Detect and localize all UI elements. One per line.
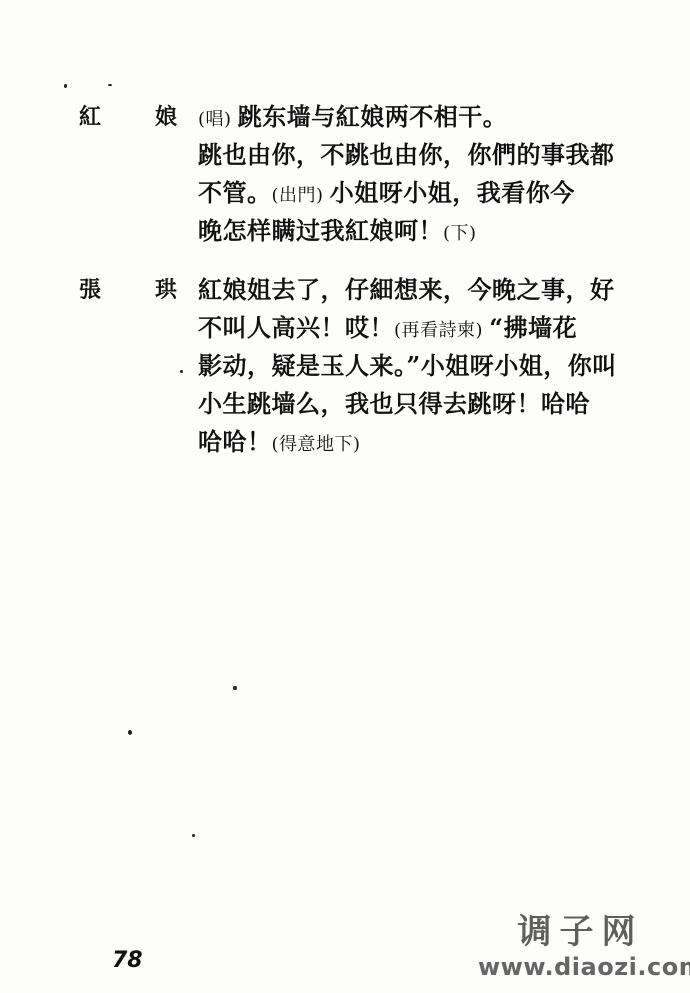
stage-direction: (下) — [443, 223, 477, 244]
dialogue-line: 哈哈！(得意地下) — [198, 423, 673, 461]
line-text: 小姐呀小姐，我看你今 — [330, 178, 575, 207]
watermark-title: 调子网 — [478, 912, 683, 952]
speaker-char: 珙 — [154, 271, 178, 309]
speaker-char: 紅 — [78, 98, 102, 136]
line-text: 哈哈！ — [198, 427, 272, 456]
scan-speck — [180, 370, 183, 373]
speaker-char: 娘 — [154, 98, 178, 136]
stage-direction: (唱) — [198, 109, 238, 130]
dialogue-line: 影动，疑是玉人来。”小姐呀小姐，你叫 — [198, 347, 673, 385]
line-text: 晚怎样瞒过我紅娘呵！ — [198, 216, 443, 245]
scan-speck — [64, 84, 67, 88]
speaker-name: 紅 娘 — [78, 98, 178, 136]
dialogue-line: 跳也由你，不跳也由你，你們的事我都 — [198, 136, 673, 174]
stage-direction: (再看詩柬) — [394, 320, 489, 341]
page-number: 78 — [112, 948, 143, 973]
line-text: 不叫人高兴！哎！ — [198, 313, 394, 342]
dialogue-line: 紅娘姐去了，仔細想来，今晚之事，好 — [198, 271, 673, 309]
dialogue-line: 不叫人高兴！哎！(再看詩柬) “拂墙花 — [198, 309, 673, 347]
scan-speck — [128, 730, 132, 735]
dialogue-line: 不管。(出門) 小姐呀小姐，我看你今 — [198, 174, 673, 212]
dialogue-line: 晚怎样瞒过我紅娘呵！(下) — [198, 212, 673, 250]
line-text: 不管。 — [198, 178, 272, 207]
stage-direction: (出門) — [272, 185, 330, 206]
line-text: 小生跳墙么，我也只得去跳呀！哈哈 — [198, 389, 590, 418]
scanned-page: 紅 娘 (唱) 跳东墙与紅娘两不相干。 跳也由你，不跳也由你，你們的事我都 不管… — [0, 0, 690, 993]
watermark-url: www.diaozi.com — [478, 952, 683, 982]
speaker-name: 張 珙 — [78, 271, 178, 309]
scan-speck — [233, 686, 237, 690]
line-text: 紅娘姐去了，仔細想来，今晚之事，好 — [198, 275, 615, 304]
line-text: 影动，疑是玉人来。”小姐呀小姐，你叫 — [198, 351, 617, 380]
line-text: 跳也由你，不跳也由你，你們的事我都 — [198, 140, 615, 169]
dialogue-line: (唱) 跳东墙与紅娘两不相干。 — [198, 98, 673, 136]
line-text: 跳东墙与紅娘两不相干。 — [238, 102, 508, 131]
scan-speck — [192, 834, 195, 837]
speaker-char: 張 — [78, 271, 102, 309]
line-text: “拂墙花 — [489, 313, 577, 342]
watermark: 调子网 www.diaozi.com — [478, 912, 683, 982]
scan-speck — [108, 84, 112, 86]
dialogue-lines: 紅娘姐去了，仔細想来，今晚之事，好 不叫人高兴！哎！(再看詩柬) “拂墙花 影动… — [198, 271, 673, 461]
dialogue-lines: (唱) 跳东墙与紅娘两不相干。 跳也由你，不跳也由你，你們的事我都 不管。(出門… — [198, 98, 673, 250]
stage-direction: (得意地下) — [272, 434, 361, 455]
dialogue-line: 小生跳墙么，我也只得去跳呀！哈哈 — [198, 385, 673, 423]
